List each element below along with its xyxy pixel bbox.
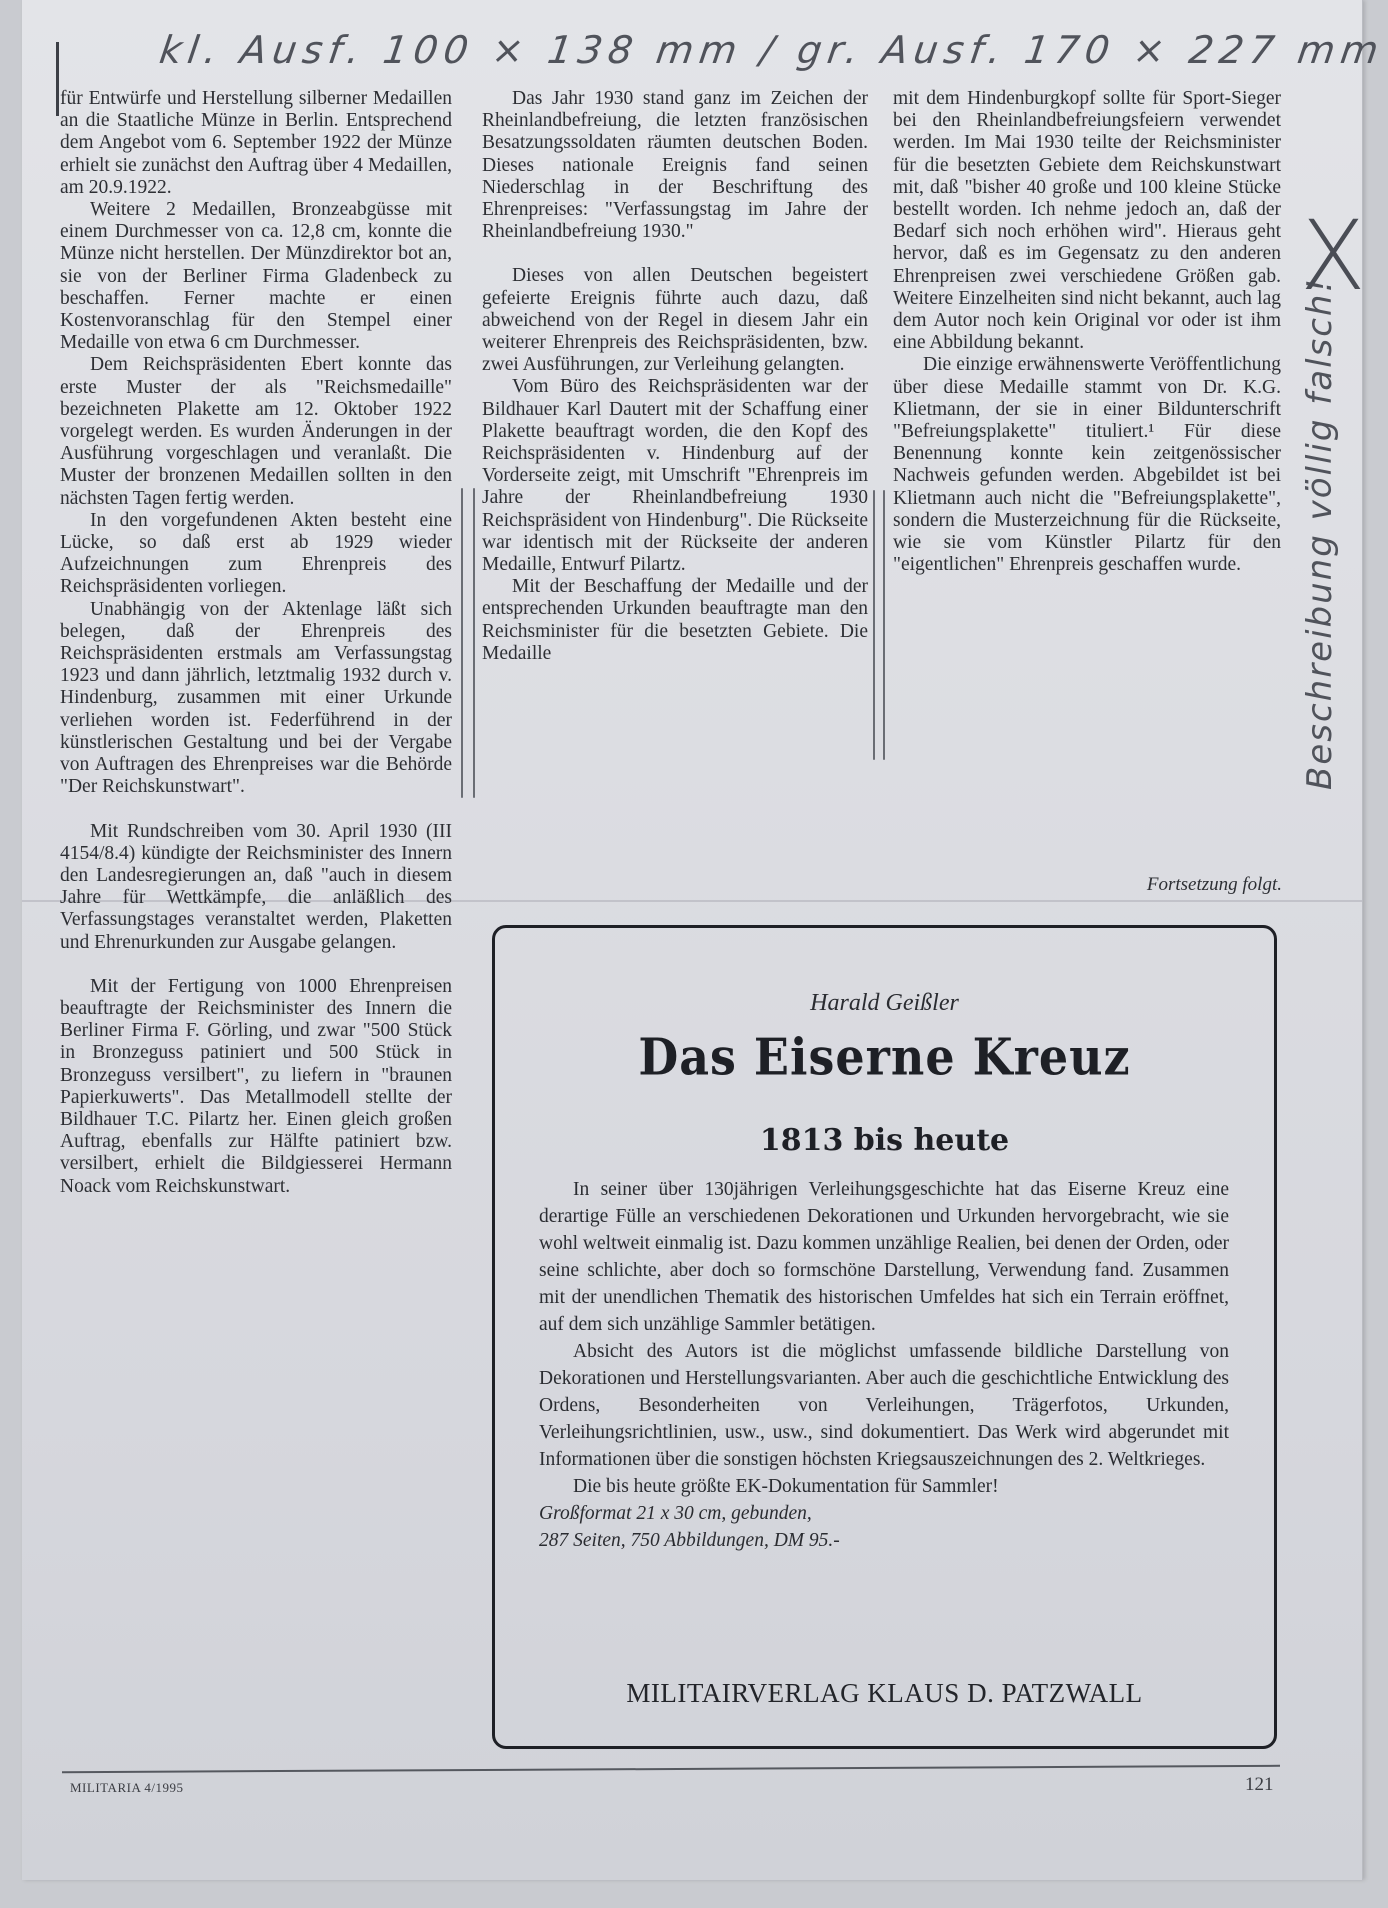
ad-publisher: MILITAIRVERLAG KLAUS D. PATZWALL bbox=[495, 1678, 1274, 1709]
article-column-left: für Entwürfe und Herstellung silberner M… bbox=[60, 88, 452, 1198]
publication-issue: MILITARIA 4/1995 bbox=[70, 1780, 183, 1796]
book-advertisement: Harald Geißler Das Eiserne Kreuz 1813 bi… bbox=[492, 925, 1277, 1749]
pencil-margin-line bbox=[873, 490, 875, 760]
ad-subtitle: 1813 bis heute bbox=[495, 1123, 1274, 1158]
pencil-margin-line bbox=[473, 488, 475, 798]
article-column-right: mit dem Hindenburgkopf sollte für Sport-… bbox=[893, 88, 1281, 576]
paragraph: Das Jahr 1930 stand ganz im Zeichen der … bbox=[482, 88, 868, 243]
paragraph: Mit der Beschaffung der Medaille und der… bbox=[482, 576, 868, 665]
ad-format-line: Großformat 21 x 30 cm, gebunden, bbox=[539, 1500, 1229, 1527]
pencil-margin-line bbox=[461, 488, 463, 798]
ad-body: In seiner über 130jährigen Verleihungsge… bbox=[539, 1176, 1229, 1554]
paragraph: Mit der Fertigung von 1000 Ehrenpreisen … bbox=[60, 976, 452, 1198]
ad-price-line: 287 Seiten, 750 Abbildungen, DM 95.- bbox=[539, 1527, 1229, 1554]
paragraph: In den vorgefundenen Akten besteht eine … bbox=[60, 510, 452, 599]
continued-note: Fortsetzung folgt. bbox=[1040, 874, 1282, 896]
article-column-middle: Das Jahr 1930 stand ganz im Zeichen der … bbox=[482, 88, 868, 665]
paragraph: Unabhängig von der Aktenlage läßt sich b… bbox=[60, 599, 452, 799]
ad-author: Harald Geißler bbox=[495, 990, 1274, 1017]
handwritten-size-note: kl. Ausf. 100 × 138 mm / gr. Ausf. 170 ×… bbox=[157, 28, 1387, 72]
paragraph: Vom Büro des Reichspräsidenten war der B… bbox=[482, 376, 868, 576]
paragraph: mit dem Hindenburgkopf sollte für Sport-… bbox=[893, 88, 1281, 354]
pencil-margin-line bbox=[883, 490, 885, 760]
paragraph: Die einzige erwähnenswerte Veröffentlich… bbox=[893, 354, 1281, 576]
handwritten-side-note: Beschreibung völlig falsch! bbox=[1300, 277, 1340, 790]
cross-mark-icon: X bbox=[1300, 200, 1368, 312]
ad-paragraph: In seiner über 130jährigen Verleihungsge… bbox=[539, 1176, 1229, 1338]
paragraph: Dieses von allen Deutschen begeistert ge… bbox=[482, 265, 868, 376]
margin-mark bbox=[56, 42, 59, 116]
paragraph: Mit Rundschreiben vom 30. April 1930 (II… bbox=[60, 821, 452, 954]
paragraph: Weitere 2 Medaillen, Bronzeabgüsse mit e… bbox=[60, 199, 452, 354]
ad-tagline: Die bis heute größte EK-Dokumentation fü… bbox=[539, 1473, 1229, 1500]
ad-title: Das Eiserne Kreuz bbox=[495, 1027, 1274, 1086]
ad-paragraph: Absicht des Autors ist die möglichst umf… bbox=[539, 1338, 1229, 1473]
paragraph: Dem Reichspräsidenten Ebert konnte das e… bbox=[60, 354, 452, 509]
paragraph: für Entwürfe und Herstellung silberner M… bbox=[60, 88, 452, 199]
page-number: 121 bbox=[1245, 1774, 1274, 1796]
